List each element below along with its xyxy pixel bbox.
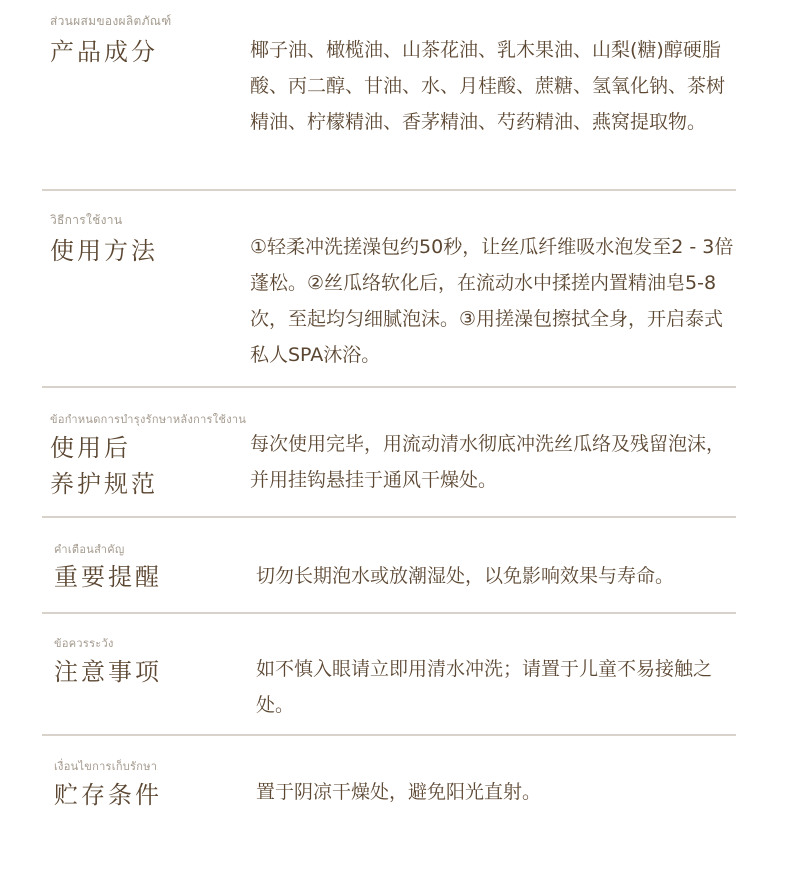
- section-body: ①轻柔冲洗搓澡包约50秒，让丝瓜纤维吸水泡发至2 - 3倍蓬松。②丝瓜络软化后，…: [250, 229, 742, 373]
- section-body: 置于阴凉干燥处，避免阳光直射。: [256, 774, 740, 810]
- heading-line: 使用后: [50, 430, 158, 466]
- heading-line: 使用方法: [50, 237, 158, 265]
- section-heading: 使用方法: [50, 233, 158, 269]
- section-heading: 产品成分: [50, 34, 158, 70]
- section-subtitle-thai: วิธีการใช้งาน: [50, 211, 122, 230]
- divider: [42, 516, 736, 518]
- divider: [42, 386, 736, 388]
- section-subtitle-thai: ข้อกำหนดการบำรุงรักษาหลังการใช้งาน: [50, 410, 246, 428]
- heading-line: 贮存条件: [54, 781, 162, 809]
- section-body: 椰子油、橄榄油、山茶花油、乳木果油、山梨(糖)醇硬脂酸、丙二醇、甘油、水、月桂酸…: [250, 32, 738, 140]
- section-body: 切勿长期泡水或放潮湿处，以免影响效果与寿命。: [256, 558, 740, 594]
- section-subtitle-thai: ส่วนผสมของผลิตภัณฑ์: [50, 12, 171, 31]
- section-heading: 使用后 养护规范: [50, 430, 158, 502]
- section-subtitle-thai: เงื่อนไขการเก็บรักษา: [54, 757, 157, 775]
- section-heading: 注意事项: [54, 654, 162, 690]
- section-heading: 重要提醒: [54, 559, 162, 595]
- heading-line: 产品成分: [50, 38, 158, 66]
- heading-line: 养护规范: [50, 466, 158, 502]
- section-subtitle-thai: คำเตือนสำคัญ: [54, 540, 125, 558]
- section-heading: 贮存条件: [54, 777, 162, 813]
- section-subtitle-thai: ข้อควรระวัง: [54, 634, 114, 652]
- heading-line: 注意事项: [54, 658, 162, 686]
- heading-line: 重要提醒: [54, 563, 162, 591]
- divider: [42, 189, 736, 191]
- section-body: 如不慎入眼请立即用清水冲洗；请置于儿童不易接触之处。: [256, 651, 740, 723]
- section-body: 每次使用完毕，用流动清水彻底冲洗丝瓜络及残留泡沫，并用挂钩悬挂于通风干燥处。: [250, 426, 738, 498]
- divider: [42, 734, 736, 736]
- divider: [42, 612, 736, 614]
